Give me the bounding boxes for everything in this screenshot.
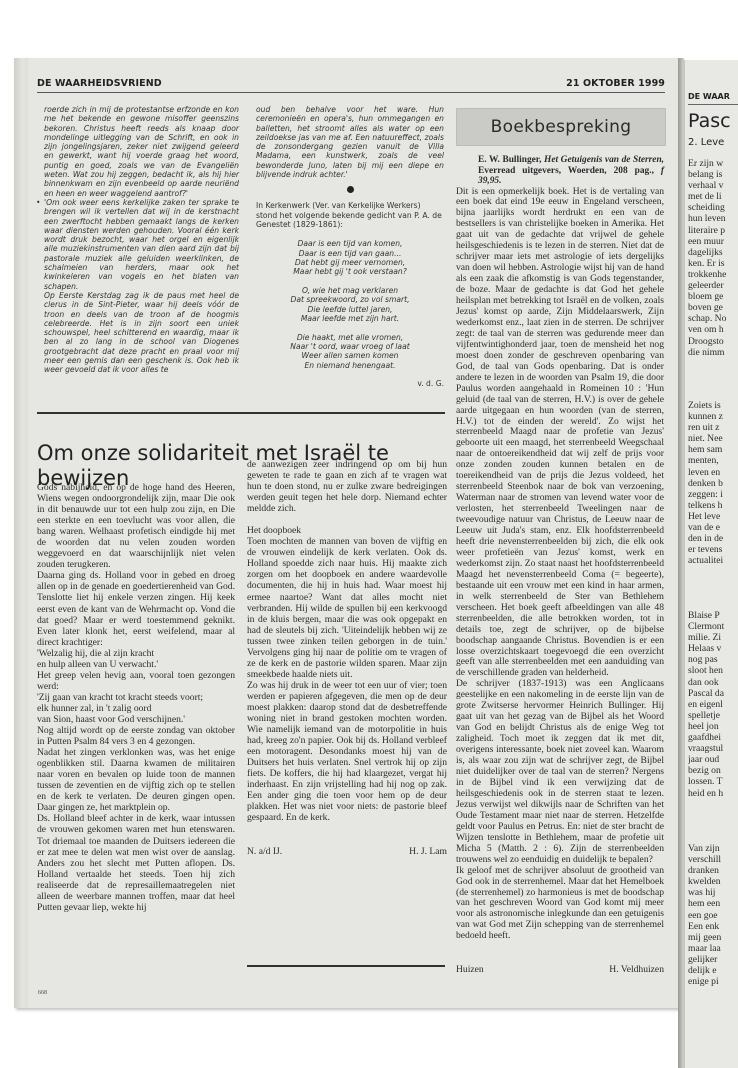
hymn-line: en hulp alleen van U verwacht.' [37, 659, 235, 670]
poem-intro: In Kerkenwerk (Ver. van Kerkelijke Werke… [256, 201, 444, 229]
hymn-line: 'Zij gaan van kracht tot kracht steeds v… [37, 692, 235, 703]
next-page-text-block: Blaise PClermontmilie. ZiHelaas vnog pas… [688, 610, 738, 799]
masthead: DE WAARHEIDSVRIEND 21 OKTOBER 1999 [37, 78, 665, 93]
next-page-text-block: Van zijnverschilldrankenkweldenwas hijhe… [688, 843, 738, 987]
byline-place: Huizen [456, 964, 484, 975]
next-page-subtitle: 2. Leve [688, 137, 724, 148]
divider-rule [247, 965, 445, 967]
next-page-masthead: DE WAAR [688, 92, 730, 101]
issue-date: 21 OKTOBER 1999 [566, 78, 665, 89]
poem-stanza: Daar is een tijd van komen, Daar is een … [256, 239, 444, 277]
byline-place: N. a/d IJ. [247, 846, 282, 857]
column-top-left: roerde zich in mij de protestantse erfzo… [44, 105, 239, 375]
review-byline: Huizen H. Veldhuizen [456, 964, 664, 975]
hymn-line: van Sion, haast voor God verschijnen.' [37, 714, 235, 725]
paragraph: Op Eerste Kerstdag zag ik de paus met he… [44, 291, 239, 375]
poem: Daar is een tijd van komen, Daar is een … [256, 239, 444, 370]
next-page-text-block: Er zijn wbelang isverhaal vmet de lische… [688, 158, 738, 358]
next-page-title: Pasc [688, 110, 731, 132]
poem-stanza: Die haakt, met alle vromen, Naar 't oord… [256, 333, 444, 371]
paragraph: oud ben behalve voor het ware. Hun cerem… [256, 105, 444, 179]
book-review-column: E. W. Bullinger, Het Getuigenis van de S… [456, 155, 664, 975]
column-top-middle: oud ben behalve voor het ware. Hun cerem… [256, 105, 444, 388]
subheading: Het doopboek [247, 525, 447, 536]
page-number: 668 [38, 990, 47, 996]
hymn-line: 'Welzalig hij, die al zijn kracht [37, 648, 235, 659]
next-page-text-block: Zoiets iskunnen zren uit zniet. Neehem s… [688, 400, 738, 566]
publication-name: DE WAARHEIDSVRIEND [37, 78, 162, 89]
bullet-paragraph: •'Om ook weer eens kerkelijke zaken ter … [44, 198, 239, 291]
article-byline: N. a/d IJ. H. J. Lam [247, 846, 447, 857]
separator-dot-icon [347, 186, 354, 193]
article-column-1: Gods nabijheid, en op de hoge hand des H… [37, 482, 235, 913]
hymn-line: elk hunner zal, in 't zalig oord [37, 703, 235, 714]
byline-author: H. Veldhuizen [609, 964, 664, 975]
bullet-icon: • [36, 198, 40, 207]
poem-signature: v. d. G. [256, 379, 444, 388]
divider-rule [37, 412, 445, 414]
paragraph: roerde zich in mij de protestantse erfzo… [44, 105, 239, 198]
poem-stanza: O, wie het mag verklaren Dat spreekwoord… [256, 286, 444, 324]
book-reference: E. W. Bullinger, Het Getuigenis van de S… [456, 155, 664, 187]
divider-rule [688, 104, 738, 105]
article-column-2: de aanwezigen zeer indringend op om bij … [247, 459, 447, 857]
section-label-box: Boekbespreking [456, 108, 666, 146]
byline-author: H. J. Lam [409, 846, 447, 857]
page-binding-edge [14, 58, 28, 1008]
book-title: Het Getuigenis van de Sterren, [544, 155, 664, 165]
